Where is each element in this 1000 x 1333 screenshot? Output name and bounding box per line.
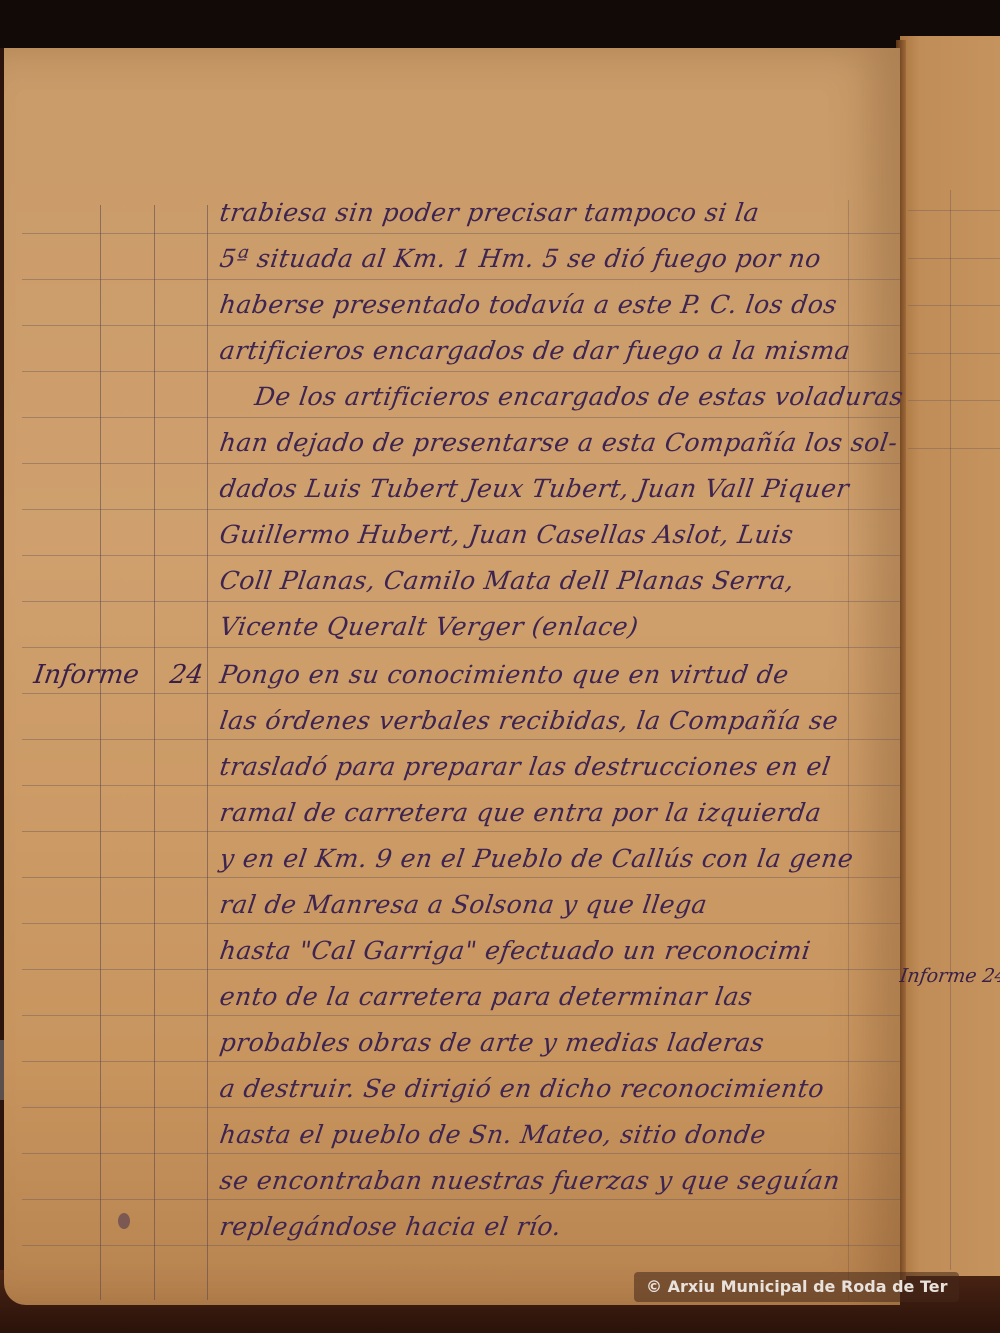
handwritten-line: 5ª situada al Km. 1 Hm. 5 se dió fuego p… (218, 244, 823, 273)
handwritten-line: Coll Planas, Camilo Mata dell Planas Ser… (218, 566, 796, 595)
handwritten-line: De los artificieros encargados de estas … (253, 382, 905, 411)
ink-blot (118, 1213, 130, 1229)
handwritten-line: Vicente Queralt Verger (enlace) (218, 612, 640, 641)
ruled-line (908, 448, 1000, 449)
handwritten-line: hasta "Cal Garriga" efectuado un reconoc… (218, 936, 813, 965)
margin-column-line (154, 205, 155, 1300)
handwritten-line: se encontraban nuestras fuerzas y que se… (218, 1166, 842, 1195)
handwritten-line: trasladó para preparar las destrucciones… (218, 752, 833, 781)
margin-entry-number: 24 (168, 660, 205, 690)
right-page-column-line (950, 190, 951, 1270)
margin-column-line (207, 205, 208, 1300)
handwritten-line: han dejado de presentarse a esta Compañí… (218, 428, 900, 457)
handwritten-line: Guillermo Hubert, Juan Casellas Aslot, L… (218, 520, 795, 549)
handwritten-line: hasta el pueblo de Sn. Mateo, sitio dond… (218, 1120, 768, 1149)
copyright-watermark: © Arxiu Municipal de Roda de Ter (634, 1272, 959, 1302)
handwritten-line: ramal de carretera que entra por la izqu… (218, 798, 823, 827)
ruled-line (908, 305, 1000, 306)
handwritten-line: probables obras de arte y medias laderas (218, 1028, 766, 1057)
handwritten-line: las órdenes verbales recibidas, la Compa… (218, 706, 840, 735)
handwritten-line: artificieros encargados de dar fuego a l… (218, 336, 852, 365)
handwritten-line: y en el Km. 9 en el Pueblo de Callús con… (218, 844, 855, 873)
handwritten-line: replegándose hacia el río. (218, 1212, 563, 1241)
handwritten-line: a destruir. Se dirigió en dicho reconoci… (218, 1074, 826, 1103)
handwritten-line: Pongo en su conocimiento que en virtud d… (218, 660, 791, 689)
right-page-margin-note: Informe 24 (898, 965, 1000, 987)
margin-column-line (100, 205, 101, 1300)
handwritten-line: haberse presentado todavía a este P. C. … (218, 290, 839, 319)
ruled-line (908, 258, 1000, 259)
handwritten-line: dados Luis Tubert Jeux Tubert, Juan Vall… (218, 474, 851, 503)
ruled-line (908, 353, 1000, 354)
ruled-line (908, 400, 1000, 401)
margin-label-informe: Informe (32, 660, 141, 690)
ruled-line (908, 210, 1000, 211)
handwritten-line: ral de Manresa a Solsona y que llega (218, 890, 709, 919)
handwritten-line: ento de la carretera para determinar las (218, 982, 754, 1011)
right-margin-line (848, 200, 849, 1300)
handwritten-line: trabiesa sin poder precisar tampoco si l… (218, 198, 761, 227)
dark-background-top (0, 0, 1000, 48)
